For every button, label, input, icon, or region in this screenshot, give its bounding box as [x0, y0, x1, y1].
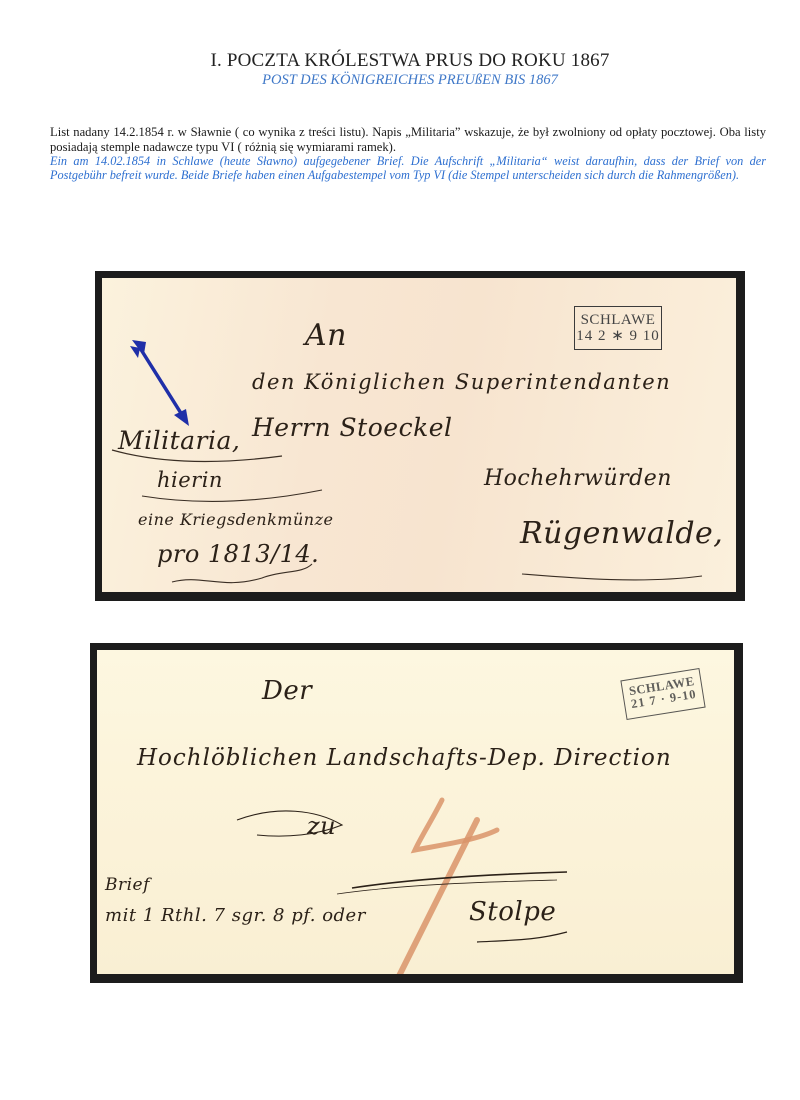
handwritten-destination: Rügenwalde,	[520, 516, 723, 551]
postmark-stamp: SCHLAWE 14 2 ∗ 9 10	[574, 306, 662, 350]
handwritten-note-medal: eine Kriegsdenkmünze	[138, 510, 333, 529]
description-polish: List nadany 14.2.1854 r. w Sławnie ( co …	[50, 125, 766, 154]
letter-paper: SCHLAWE 14 2 ∗ 9 10 An den Königlichen S…	[102, 278, 736, 592]
description-german: Ein am 14.02.1854 in Schlawe (heute Sław…	[50, 154, 766, 182]
handwritten-salutation: Der	[262, 676, 312, 706]
letter-cover-2: SCHLAWE 21 7 · 9-10 Der Hochlöblichen La…	[90, 643, 743, 983]
description-block: List nadany 14.2.1854 r. w Sławnie ( co …	[50, 125, 766, 182]
letter-cover-1: SCHLAWE 14 2 ∗ 9 10 An den Königlichen S…	[95, 271, 745, 601]
postmark-town: SCHLAWE	[575, 313, 661, 329]
handwritten-destination: Stolpe	[469, 897, 556, 927]
handwritten-note-value: mit 1 Rthl. 7 sgr. 8 pf. oder	[105, 905, 366, 926]
handwritten-salutation: An	[305, 318, 347, 353]
page-header: I. POCZTA KRÓLESTWA PRUS DO ROKU 1867 PO…	[0, 50, 800, 89]
handwritten-address-line-2: Herrn Stoeckel	[252, 413, 453, 442]
handwritten-note-hierin: hierin	[157, 468, 223, 492]
postmark-date: 14 2 ∗ 9 10	[575, 329, 661, 345]
handwritten-address-line-1: Hochlöblichen Landschafts-Dep. Direction	[137, 745, 672, 771]
handwritten-militaria-note: Militaria,	[118, 426, 240, 455]
page-title-german: POST DES KÖNIGREICHES PREUßEN BIS 1867	[20, 72, 800, 89]
handwritten-note-year: pro 1813/14.	[157, 540, 319, 568]
handwritten-note-brief: Brief	[105, 875, 150, 895]
page-title-polish: I. POCZTA KRÓLESTWA PRUS DO ROKU 1867	[20, 50, 800, 72]
handwritten-address-line-1: den Königlichen Superintendanten	[252, 370, 671, 394]
handwritten-address-line-2: zu	[307, 812, 336, 840]
letter-paper: SCHLAWE 21 7 · 9-10 Der Hochlöblichen La…	[97, 650, 734, 974]
handwritten-address-line-3: Hochehrwürden	[484, 466, 672, 491]
postmark-stamp: SCHLAWE 21 7 · 9-10	[620, 668, 705, 720]
